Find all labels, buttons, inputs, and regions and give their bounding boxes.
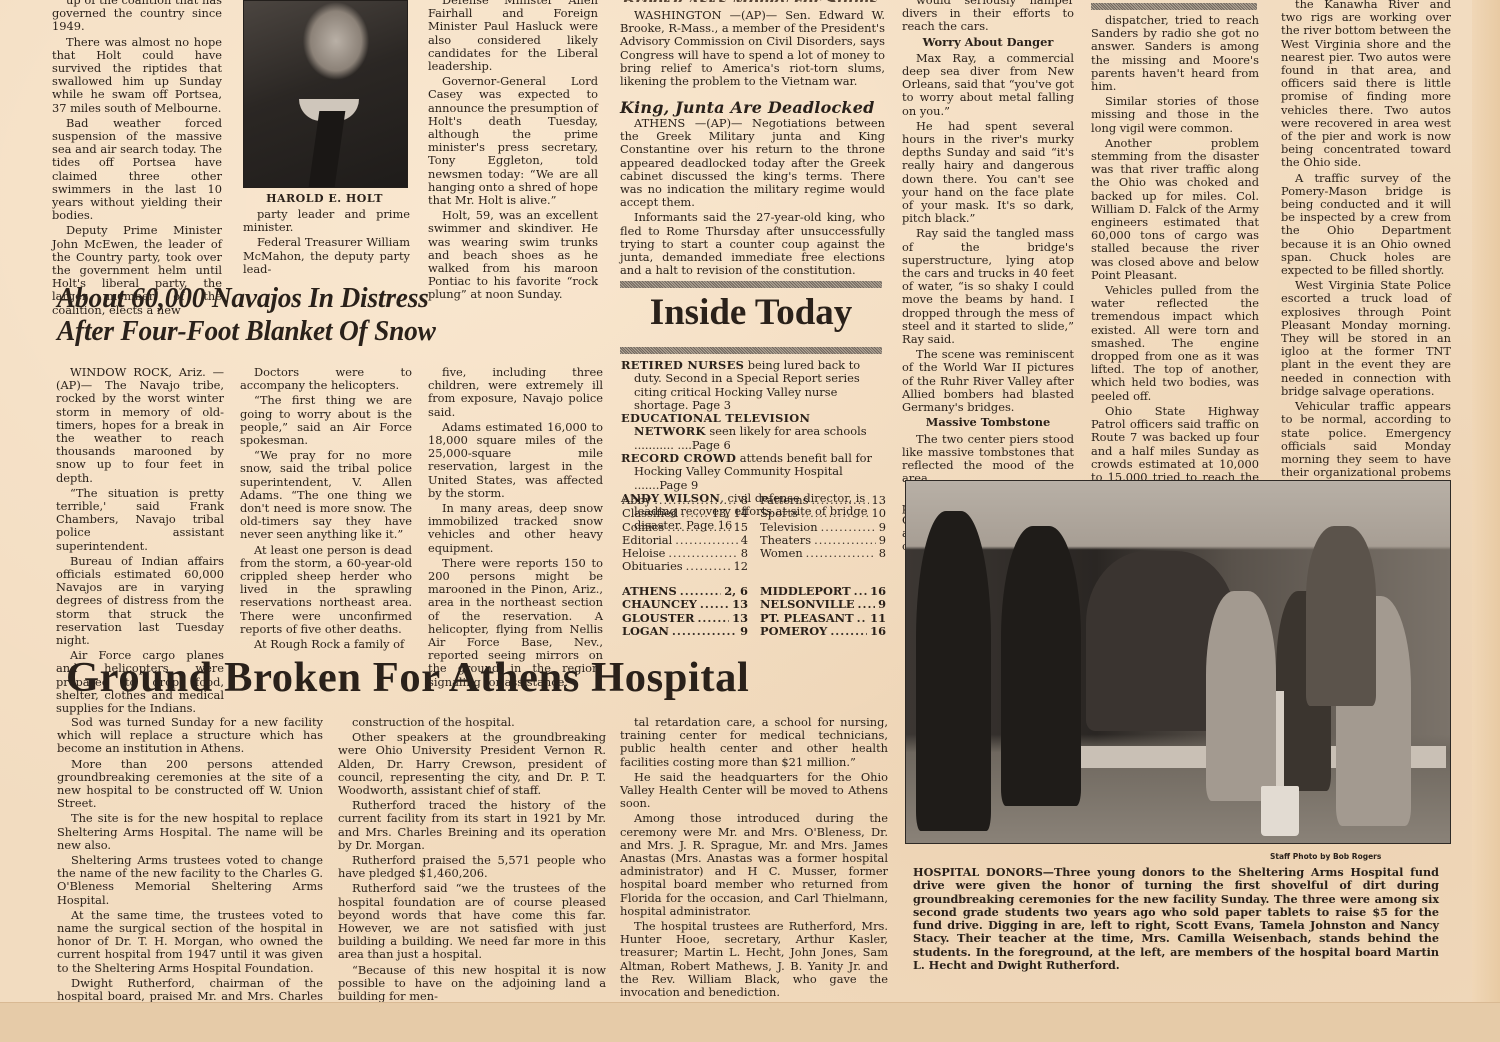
article-paragraph: would seriously hamper divers in their e… <box>902 0 1074 34</box>
bridge-story-col1: would seriously hamper divers in their e… <box>902 0 1074 555</box>
article-paragraph: At Rough Rock a family of <box>240 638 412 651</box>
inside-today-item: RETIRED NURSES being lured back to duty.… <box>621 359 883 412</box>
article-paragraph: tal retardation care, a school for nursi… <box>620 716 888 769</box>
subhead-massive-tombstone: Massive Tombstone <box>902 416 1074 429</box>
article-paragraph: The scene was reminiscent of the World W… <box>902 348 1074 414</box>
article-paragraph: Sod was turned Sunday for a new facility… <box>57 716 323 756</box>
article-paragraph: “Because of this new hospital it is now … <box>338 964 606 1004</box>
photo-man-left <box>916 511 991 831</box>
index-entry: NELSONVILLE9 <box>760 598 886 611</box>
article-paragraph: Adams estimated 16,000 to 18,000 square … <box>428 421 603 500</box>
article-paragraph: The site is for the new hospital to repl… <box>57 812 323 852</box>
index-entry: Editorial4 <box>622 534 748 547</box>
photo-teacher <box>1306 526 1376 706</box>
article-paragraph: Rutherford traced the history of the cur… <box>338 799 606 852</box>
page-right-margin <box>1472 0 1500 1002</box>
article-paragraph: At the same time, the trustees voted to … <box>57 909 323 975</box>
index-entry: POMEROY16 <box>760 625 886 638</box>
article-paragraph: “We pray for no more snow, said the trib… <box>240 449 412 541</box>
subhead-worry-about-danger: Worry About Danger <box>902 36 1074 49</box>
article-paragraph: Ray said the tangled mass of the bridge'… <box>902 227 1074 346</box>
junta-story: ATHENS —(AP)— Negotiations between the G… <box>620 117 885 279</box>
index-entry: Heloise8 <box>622 547 748 560</box>
harold-holt-photo <box>243 0 408 188</box>
article-paragraph: Bureau of Indian affairs officials estim… <box>56 555 224 647</box>
article-paragraph: Doctors were to accompany the helicopter… <box>240 366 412 392</box>
holt-story-col2: party leader and prime minister.Federal … <box>243 208 410 278</box>
index-entry: Patterns13 <box>760 494 886 507</box>
article-paragraph: Sheltering Arms trustees voted to change… <box>57 854 323 907</box>
article-paragraph: construction of the hospital. <box>338 716 606 729</box>
article-paragraph: Max Ray, a commercial deep sea diver fro… <box>902 52 1074 118</box>
article-paragraph: the Kanawha River and two rigs are worki… <box>1281 0 1451 170</box>
hospital-story-col3: tal retardation care, a school for nursi… <box>620 716 888 1001</box>
article-paragraph: dispatcher, tried to reach Sanders by ra… <box>1091 14 1259 93</box>
photo-man-second <box>1001 526 1081 806</box>
page-bottom-margin <box>0 1002 1500 1042</box>
index-entry: Theaters9 <box>760 534 886 547</box>
article-paragraph: He said the headquarters for the Ohio Va… <box>620 771 888 811</box>
index-entry: GLOUSTER13 <box>622 612 748 625</box>
holt-photo-caption: HAROLD E. HOLT <box>243 192 406 205</box>
article-paragraph: five, including three children, were ext… <box>428 366 603 419</box>
article-paragraph: West Virginia State Police escorted a tr… <box>1281 279 1451 398</box>
towns-right: MIDDLEPORT16NELSONVILLE9PT. PLEASANT11PO… <box>760 585 886 638</box>
inside-today-item: EDUCATIONAL TELEVISION NETWORK seen like… <box>621 412 883 452</box>
photo-child-boy <box>1206 591 1276 801</box>
photo-shovel-blade <box>1261 786 1299 836</box>
article-paragraph: “The first thing we are going to worry a… <box>240 394 412 447</box>
inside-today-bottom-rule <box>620 347 882 354</box>
bridge-story-col3: the Kanawha River and two rigs are worki… <box>1281 0 1451 547</box>
index-entry: Obituaries12 <box>622 560 748 573</box>
hospital-headline: Ground Broken For Athens Hospital <box>66 654 749 702</box>
article-paragraph: Among those introduced during the ceremo… <box>620 812 888 918</box>
bridge-col1-lead: would seriously hamper divers in their e… <box>902 0 1074 34</box>
inside-today-top-rule <box>620 281 882 288</box>
index-right: Patterns13Sports10Television9Theaters9Wo… <box>760 494 886 560</box>
inside-today-title: Inside Today <box>620 290 882 336</box>
article-paragraph: Other speakers at the groundbreaking wer… <box>338 731 606 797</box>
article-paragraph: up of the coalition that has governed th… <box>52 0 222 34</box>
photo-tie-shape <box>309 111 346 187</box>
index-entry: MIDDLEPORT16 <box>760 585 886 598</box>
photo-shovel-handle <box>1276 691 1284 801</box>
navajo-story-col2: Doctors were to accompany the helicopter… <box>240 366 412 653</box>
brooke-headline-clipped: Brooke Asks Money For Slums <box>622 0 884 2</box>
index-entry: Sports10 <box>760 507 886 520</box>
article-paragraph: There was almost no hope that Holt could… <box>52 36 222 115</box>
article-paragraph: “The situation is pretty terrible,' said… <box>56 487 224 553</box>
index-entry: Television9 <box>760 521 886 534</box>
article-paragraph: Vehicles pulled from the water reflected… <box>1091 284 1259 403</box>
article-paragraph: ATHENS —(AP)— Negotiations between the G… <box>620 117 885 209</box>
article-paragraph: WASHINGTON —(AP)— Sen. Edward W. Brooke,… <box>620 9 885 88</box>
article-paragraph: Informants said the 27-year-old king, wh… <box>620 211 885 277</box>
index-entry: Comics15 <box>622 521 748 534</box>
groundbreaking-photo <box>905 480 1451 844</box>
article-paragraph: At least one person is dead from the sto… <box>240 544 412 636</box>
navajo-story-col3: five, including three children, were ext… <box>428 366 603 691</box>
hospital-story-col2: construction of the hospital.Other speak… <box>338 716 606 1005</box>
article-paragraph: More than 200 persons attended groundbre… <box>57 758 323 811</box>
article-paragraph: Federal Treasurer William McMahon, the d… <box>243 236 410 276</box>
article-paragraph: Bad weather forced suspension of the mas… <box>52 117 222 223</box>
article-paragraph: Another problem stemming from the disast… <box>1091 137 1259 282</box>
article-paragraph: In many areas, deep snow immobilized tra… <box>428 502 603 555</box>
bridge-col2-top-rule <box>1091 3 1257 10</box>
photo-credit: Staff Photo by Bob Rogers <box>1270 852 1381 861</box>
article-paragraph: Governor-General Lord Casey was expected… <box>428 75 598 207</box>
article-paragraph: Similar stories of those missing and tho… <box>1091 95 1259 135</box>
index-entry: Classified13, 14 <box>622 507 748 520</box>
bridge-col1-section1: Max Ray, a commercial deep sea diver fro… <box>902 52 1074 414</box>
index-entry: ATHENS2, 6 <box>622 585 748 598</box>
index-entry: Women8 <box>760 547 886 560</box>
index-left: Abby8Classified13, 14Comics15Editorial4H… <box>622 494 748 574</box>
holt-story-col3: Defense Minister Allen Fairhall and Fore… <box>428 0 598 304</box>
inside-today-item: RECORD CROWD attends benefit ball for Ho… <box>621 452 883 492</box>
index-entry: Abby8 <box>622 494 748 507</box>
article-paragraph: party leader and prime minister. <box>243 208 410 234</box>
article-paragraph: Holt, 59, was an excellent swimmer and s… <box>428 209 598 301</box>
holt-story-col1: up of the coalition that has governed th… <box>52 0 222 319</box>
junta-headline: King, Junta Are Deadlocked <box>620 98 874 117</box>
hospital-story-col1: Sod was turned Sunday for a new facility… <box>57 716 323 1032</box>
article-paragraph: The hospital trustees are Rutherford, Mr… <box>620 920 888 999</box>
article-paragraph: He had spent several hours in the river'… <box>902 120 1074 226</box>
brooke-story: WASHINGTON —(AP)— Sen. Edward W. Brooke,… <box>620 9 885 90</box>
index-entry: PT. PLEASANT11 <box>760 612 886 625</box>
groundbreaking-photo-caption: HOSPITAL DONORS—Three young donors to th… <box>913 866 1439 972</box>
article-paragraph: WINDOW ROCK, Ariz. —(AP)— The Navajo tri… <box>56 366 224 485</box>
index-entry: CHAUNCEY13 <box>622 598 748 611</box>
article-paragraph: Defense Minister Allen Fairhall and Fore… <box>428 0 598 73</box>
article-paragraph: The two center piers stood like massive … <box>902 433 1074 486</box>
article-paragraph: Rutherford praised the 5,571 people who … <box>338 854 606 880</box>
index-entry: LOGAN9 <box>622 625 748 638</box>
article-paragraph: Rutherford said “we the trustees of the … <box>338 882 606 961</box>
towns-left: ATHENS2, 6CHAUNCEY13GLOUSTER13LOGAN9 <box>622 585 748 638</box>
article-paragraph: A traffic survey of the Pomery-Mason bri… <box>1281 172 1451 278</box>
navajo-headline: About 60,000 Navajos In Distress After F… <box>57 282 436 348</box>
